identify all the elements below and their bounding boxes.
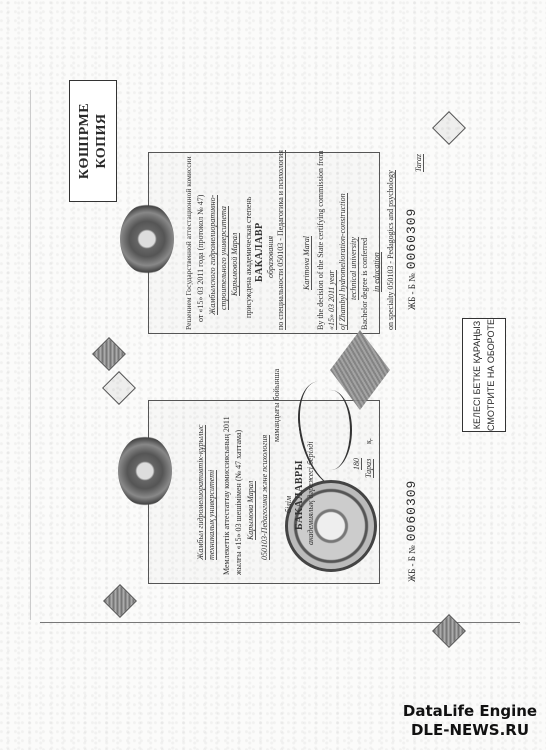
serial-value: 0060309 bbox=[404, 480, 419, 542]
city-kz: Тараз bbox=[364, 459, 374, 478]
name-en: Karimova Maral bbox=[302, 236, 312, 290]
awarded-ru: присуждена академическая степень bbox=[244, 197, 253, 318]
university-ru-2: строительного университета bbox=[219, 206, 229, 310]
serial-prefix: ЖБ - Б № bbox=[407, 273, 417, 310]
copy-stamp-russian: КОПИЯ bbox=[93, 103, 110, 179]
university-kz-2: техникалық университеті bbox=[207, 470, 217, 560]
copy-stamp: КӨШІРМЕ КОПИЯ bbox=[69, 80, 117, 202]
date-en: «15» 03 2011 year bbox=[327, 270, 337, 330]
watermark-line-2: DLE-NEWS.RU bbox=[395, 721, 545, 740]
university-en-2: technical university bbox=[349, 237, 359, 300]
state-emblem-icon bbox=[120, 204, 174, 274]
state-emblem-icon bbox=[118, 436, 172, 506]
university-kz: Жамбыл гидромелиоративтік-құрылыс bbox=[196, 425, 206, 560]
decision-line-ru: Решением Государственной аттестационной … bbox=[184, 156, 193, 330]
serial-prefix: ЖБ - Б № bbox=[407, 545, 417, 582]
degree-field-ru: образования bbox=[266, 236, 275, 278]
copy-stamp-kazakh: КӨШІРМЕ bbox=[76, 103, 93, 179]
name-ru: Карымовой Марал bbox=[230, 233, 240, 296]
city-suffix-kz: қ. bbox=[364, 438, 373, 444]
city-en: Taraz bbox=[414, 154, 424, 172]
specialty-kz: 050103-Педагогика және психология bbox=[260, 435, 270, 560]
serial-number-top: ЖБ - Б №0060309 bbox=[404, 208, 419, 310]
city-number-kz: 180 bbox=[352, 458, 362, 470]
conferred-en: Bachelor degree is conferred bbox=[360, 238, 369, 330]
scanned-page: КӨШІРМЕ КОПИЯ КЕЛЕСІ БЕТКЕ ҚАРАҢЫЗ СМОТР… bbox=[0, 0, 546, 750]
university-ru: Жамбылского гидромелиоративно- bbox=[208, 195, 218, 315]
see-back-kazakh: КЕЛЕСІ БЕТКЕ ҚАРАҢЫЗ bbox=[470, 319, 484, 431]
date-line-kz: жылғы «15» 03 шешімімен (№ 47 хаттама) bbox=[234, 430, 243, 575]
watermark-line-1: DataLife Engine bbox=[395, 702, 545, 721]
specialty-ru: по специальности 050103 - Педагогика и п… bbox=[276, 150, 286, 330]
degree-kz: БАКАЛАВРЫ bbox=[294, 460, 305, 530]
university-en: of Zhambyl hydromelioration-construction bbox=[338, 193, 348, 330]
degree-suffix-kz: академиялық дәрежесі берілді bbox=[306, 441, 315, 545]
see-back-russian: СМОТРИТЕ НА ОБОРОТЕ bbox=[484, 319, 498, 431]
degree-ru: БАКАЛАВР bbox=[254, 222, 265, 282]
see-back-stamp: КЕЛЕСІ БЕТКЕ ҚАРАҢЫЗ СМОТРИТЕ НА ОБОРОТЕ bbox=[462, 318, 506, 432]
serial-value: 0060309 bbox=[404, 208, 419, 270]
decision-en: By the decision of the State certifying … bbox=[316, 150, 325, 330]
signature bbox=[310, 390, 352, 470]
name-kz: Карымова Марал bbox=[246, 481, 256, 540]
specialty-en: on specialty 050103 - Pedagogics and psy… bbox=[386, 170, 396, 330]
commission-line-kz: Мемлекеттік аттестаттау комиссиясының 20… bbox=[222, 416, 231, 575]
watermark: DataLife Engine DLE-NEWS.RU bbox=[395, 702, 545, 740]
field-en: in education bbox=[372, 252, 382, 292]
serial-number-bottom: ЖБ - Б №0060309 bbox=[404, 480, 419, 582]
date-line-ru: от «15» 03 2011 года (протокол № 47) bbox=[196, 195, 205, 322]
specialty-suffix-kz: мамандығы бойынша bbox=[272, 369, 281, 442]
scan-edge-line bbox=[30, 90, 31, 620]
degree-prefix-kz: білім bbox=[284, 496, 293, 513]
